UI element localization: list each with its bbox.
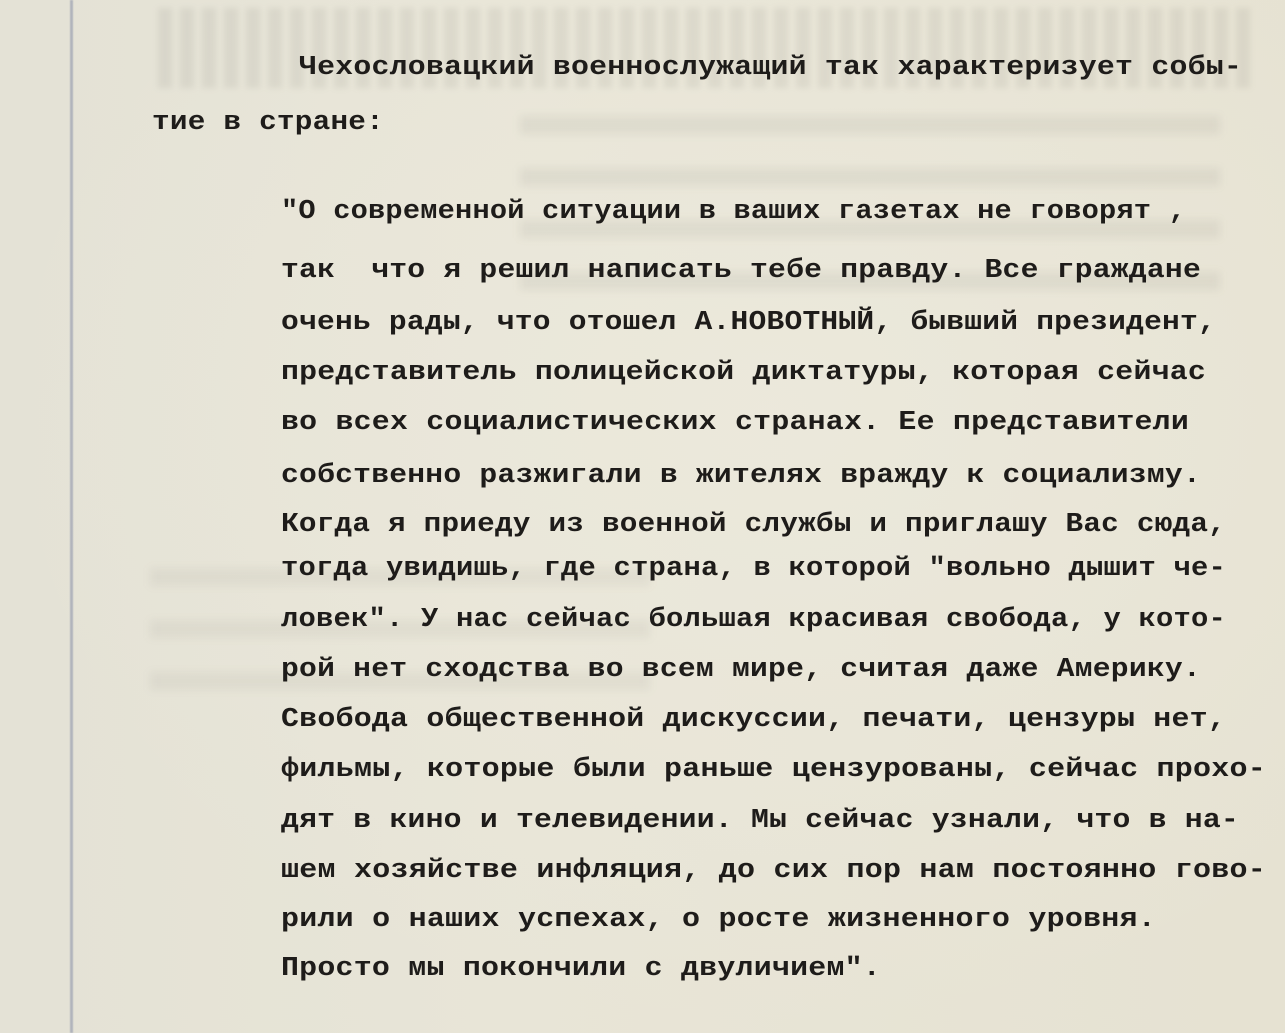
paper-page: Чехословацкий военнослужащий так характе… [0, 0, 1285, 1033]
quote-line: Просто мы покончили с двуличием". [281, 956, 881, 983]
quote-line: ловек". У нас сейчас большая красивая св… [281, 607, 1226, 634]
quote-line: рой нет сходства во всем мире, считая да… [281, 657, 1201, 684]
quote-line: Свобода общественной дискуссии, печати, … [281, 707, 1226, 734]
quote-line: очень рады, что отошел А.НОВОТНЫЙ, бывши… [281, 310, 1216, 337]
margin-line [70, 0, 73, 1033]
intro-line-1: Чехословацкий военнослужащий так характе… [299, 55, 1242, 82]
quote-line: шем хозяйстве инфляция, до сих пор нам п… [281, 858, 1266, 885]
intro-line-2: тие в стране: [152, 110, 384, 137]
quote-line: тогда увидишь, где страна, в которой "во… [281, 556, 1226, 583]
quote-line: "О современной ситуации в ваших газетах … [281, 199, 1186, 226]
quote-line: Когда я приеду из военной службы и пригл… [281, 512, 1226, 539]
quote-line: рили о наших успехах, о росте жизненного… [281, 907, 1156, 934]
quote-line: дят в кино и телевидении. Мы сейчас узна… [281, 808, 1239, 835]
quote-line: фильмы, которые были раньше цензурованы,… [281, 757, 1266, 784]
quote-line: собственно разжигали в жителях вражду к … [281, 463, 1201, 490]
quote-line: во всех социалистических странах. Ее пре… [281, 410, 1189, 437]
quote-line: так что я решил написать тебе правду. Вс… [281, 258, 1201, 285]
quote-line: представитель полицейской диктатуры, кот… [281, 360, 1206, 387]
